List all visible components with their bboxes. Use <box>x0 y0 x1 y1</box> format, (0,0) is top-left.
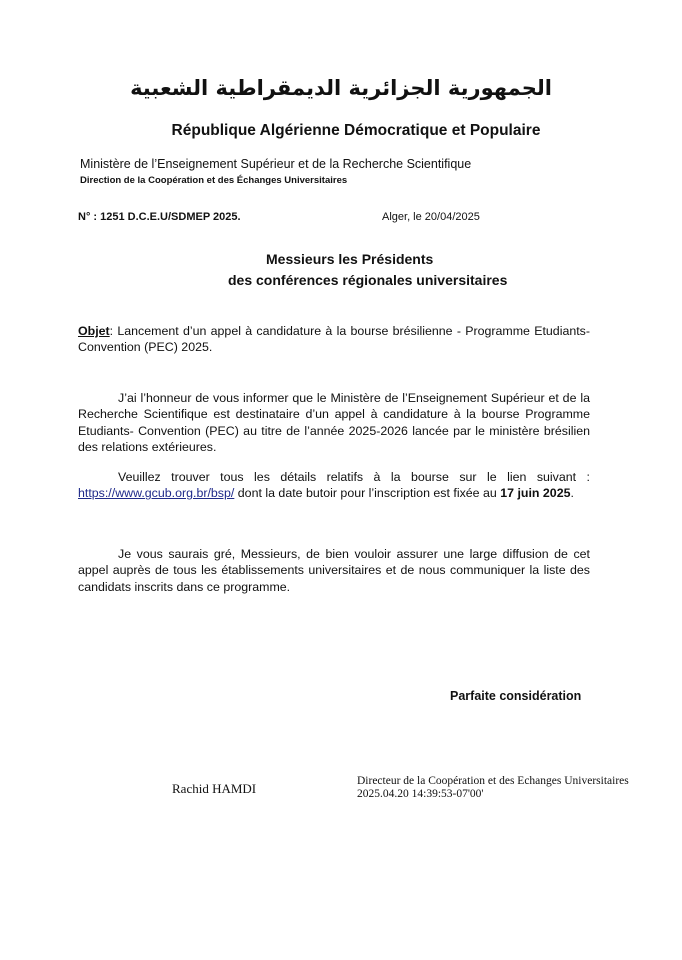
scholarship-link[interactable]: https://www.gcub.org.br/bsp/ <box>78 486 234 500</box>
deadline-date: 17 juin 2025 <box>500 486 570 500</box>
republic-title: République Algérienne Démocratique et Po… <box>0 122 682 140</box>
paragraph-2-middle: dont la date butoir pour l’inscription e… <box>234 486 500 500</box>
paragraph-2-intro: Veuillez trouver tous les détails relati… <box>118 470 590 484</box>
paragraph-1: J’ai l’honneur de vous informer que le M… <box>78 390 590 455</box>
signature-timestamp: 2025.04.20 14:39:53-07'00' <box>357 788 629 801</box>
closing-formula: Parfaite considération <box>450 689 581 703</box>
addressee-line-1: Messieurs les Présidents <box>266 251 433 267</box>
object-label: Objet <box>78 324 110 338</box>
direction-name: Direction de la Coopération et des Échan… <box>80 175 347 186</box>
digital-signature-block: Directeur de la Coopération et des Echan… <box>357 775 629 801</box>
signer-title: Directeur de la Coopération et des Echan… <box>357 775 629 788</box>
paragraph-2-end: . <box>570 486 573 500</box>
place-date: Alger, le 20/04/2025 <box>382 211 480 223</box>
reference-number: N° : 1251 D.C.E.U/SDMEP 2025. <box>78 211 241 223</box>
paragraph-2: Veuillez trouver tous les détails relati… <box>78 469 590 502</box>
signer-name: Rachid HAMDI <box>172 781 256 797</box>
arabic-title: الجمهورية الجزائرية الديمقراطية الشعبية <box>0 76 682 100</box>
object-text: : Lancement d’un appel à candidature à l… <box>78 324 590 354</box>
paragraph-3: Je vous saurais gré, Messieurs, de bien … <box>78 546 590 595</box>
object-line: Objet: Lancement d’un appel à candidatur… <box>78 323 590 356</box>
addressee-line-2: des conférences régionales universitaire… <box>228 272 507 288</box>
ministry-name: Ministère de l’Enseignement Supérieur et… <box>80 157 471 171</box>
